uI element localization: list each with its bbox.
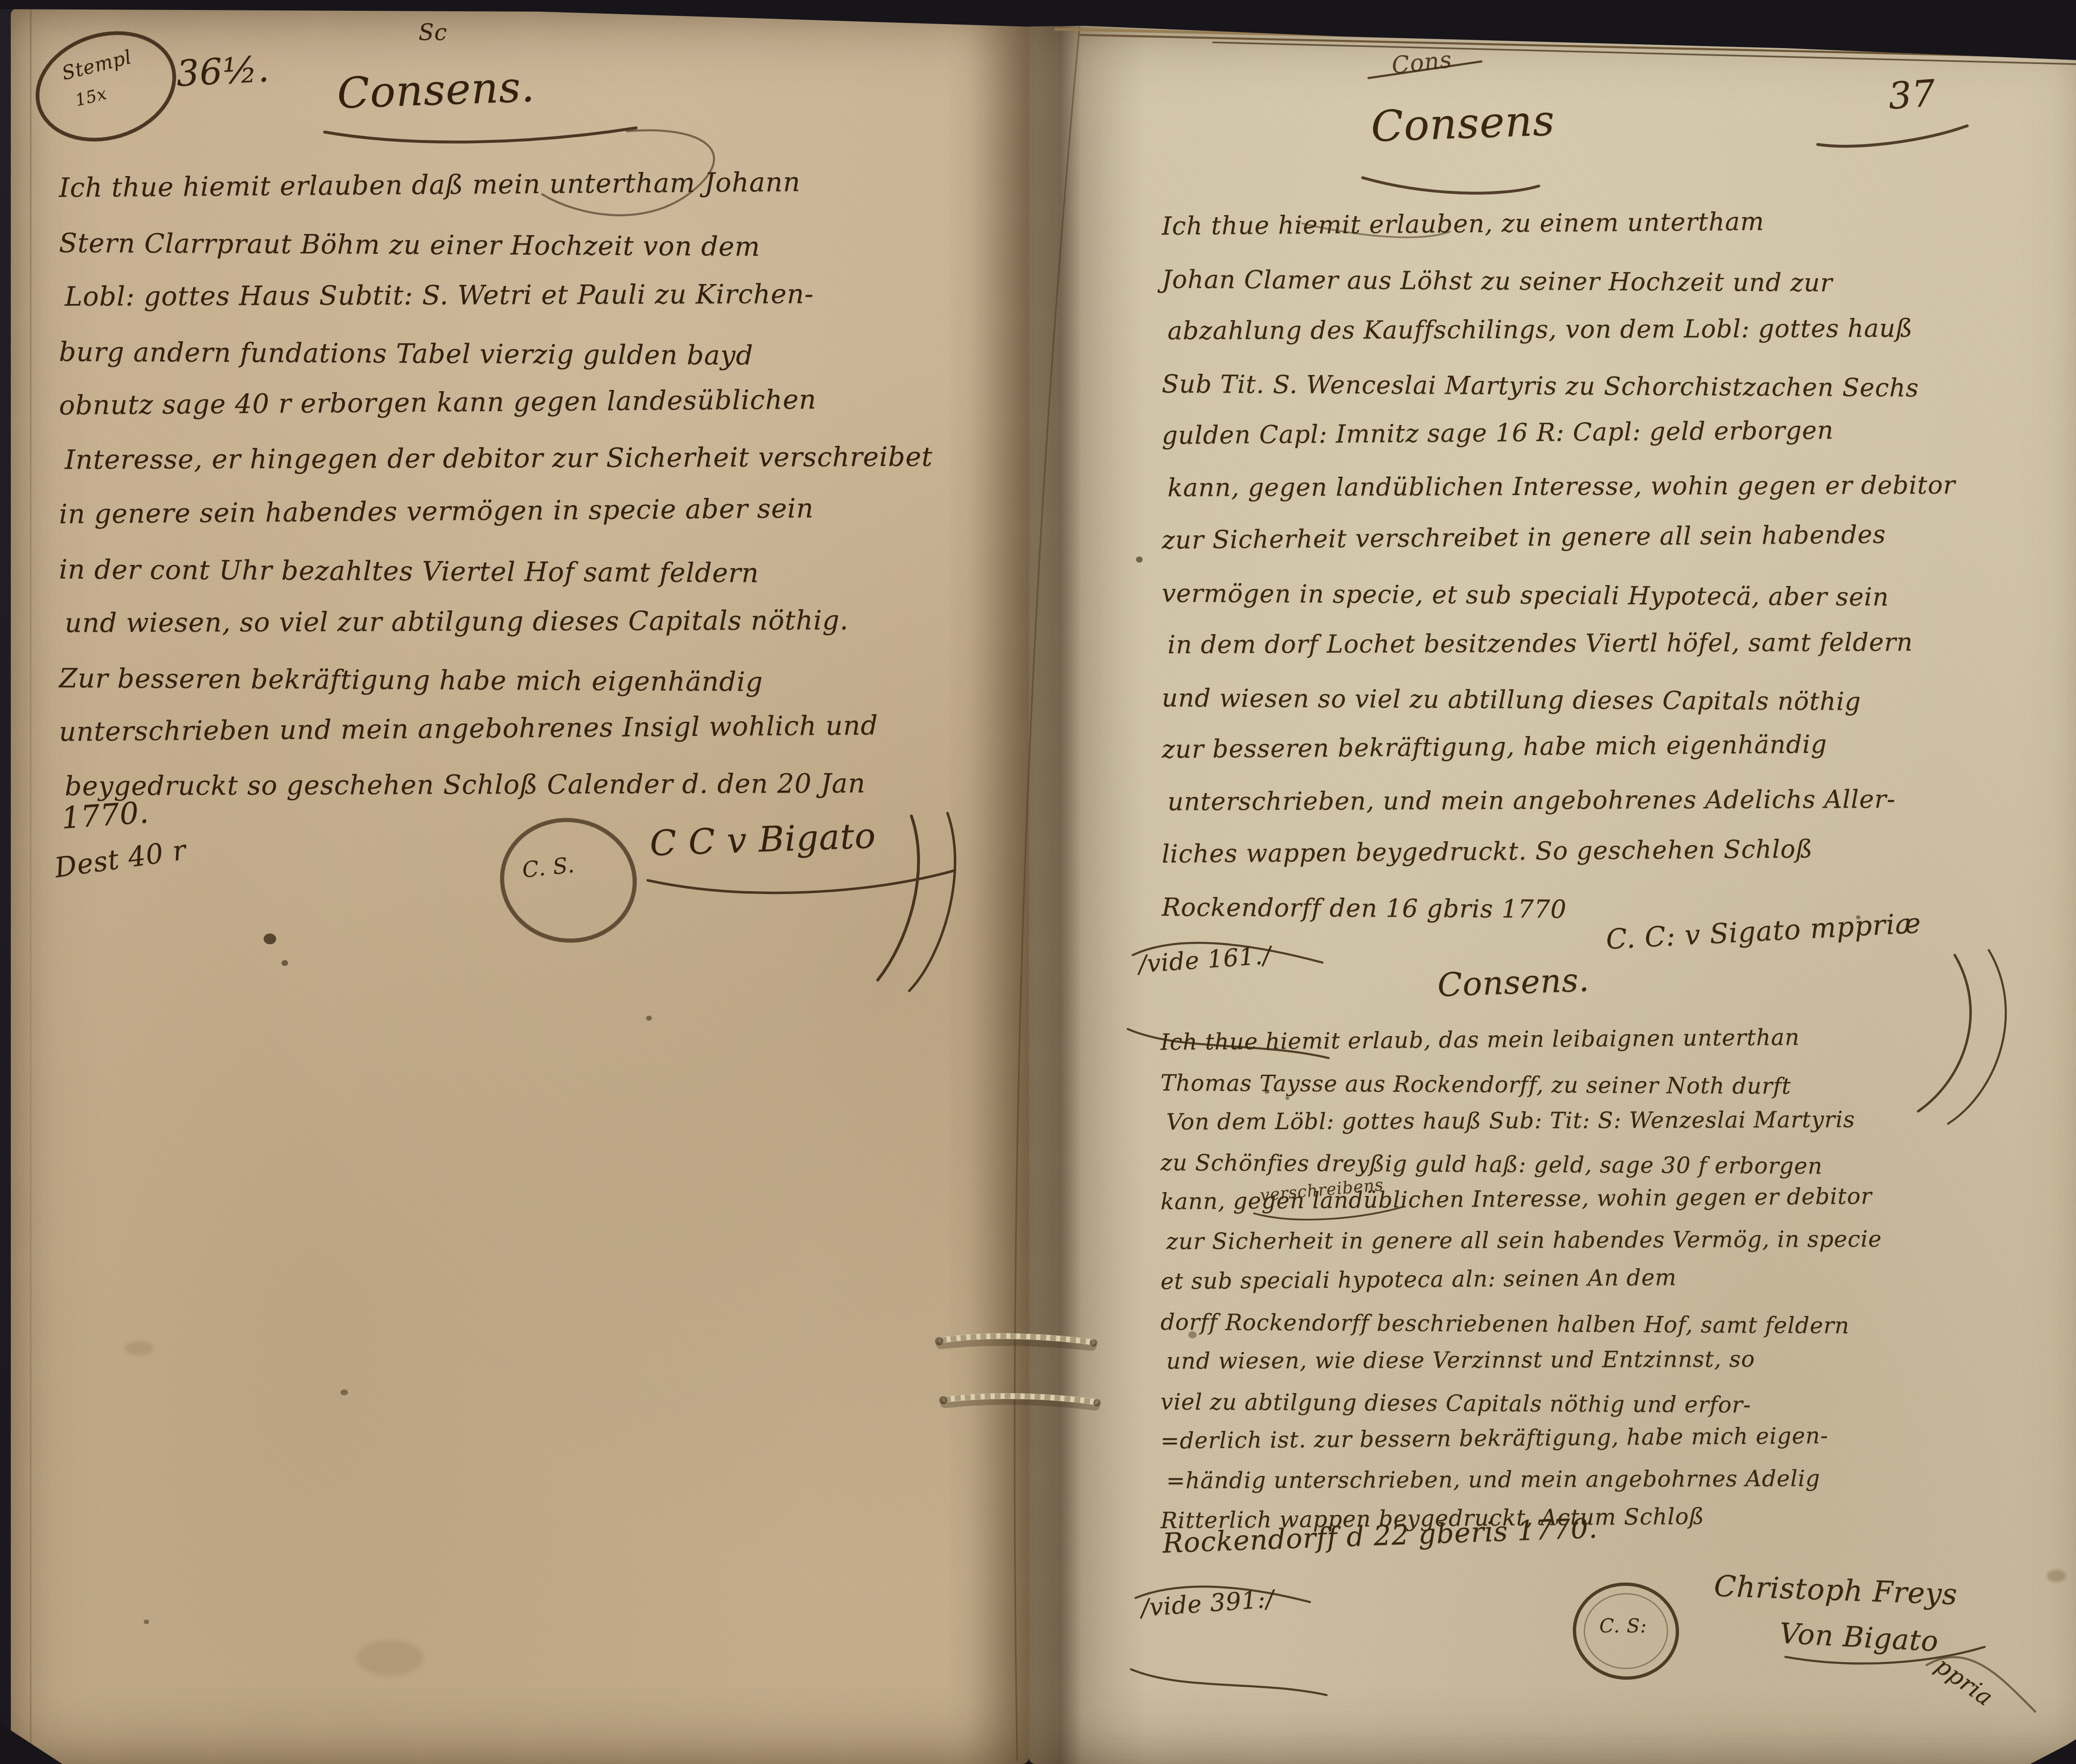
folio-number-right: 37 xyxy=(1887,71,1937,118)
manuscript-line: =händig unterschrieben, und mein angeboh… xyxy=(1166,1458,1882,1501)
manuscript-line: et sub speciali hypoteca aln: seinen An … xyxy=(1160,1256,1876,1301)
left-page-crease xyxy=(30,8,32,1764)
manuscript-line: unterschrieben und mein angebohrenes Ins… xyxy=(59,698,927,759)
manuscript-line: liches wappen beygedruckt. So geschehen … xyxy=(1162,822,1950,880)
stain xyxy=(282,960,288,966)
manuscript-line: in genere sein habendes vermögen in spec… xyxy=(59,481,927,542)
manuscript-line: Von dem Löbl: gottes hauß Sub: Tit: S: W… xyxy=(1166,1100,1882,1142)
manuscript-line: Stern Clarrpraut Böhm zu einer Hochzeit … xyxy=(59,216,927,275)
manuscript-line: Ich thue hiemit erlauben daß mein untert… xyxy=(59,154,927,216)
manuscript-line: vermögen in specie, et sub speciali Hypo… xyxy=(1162,567,1950,624)
right-heading-entry1: Consens xyxy=(1370,96,1556,152)
stain xyxy=(2047,1570,2066,1582)
stain xyxy=(357,1640,424,1676)
manuscript-line: in dem dorf Lochet besitzendes Viertl hö… xyxy=(1168,616,1956,671)
manuscript-line: beygedruckt so geschehen Schloß Calender… xyxy=(65,757,933,814)
stain xyxy=(264,933,276,944)
manuscript-line: Johan Clamer aus Löhst zu seiner Hochzei… xyxy=(1162,253,1950,310)
left-signature: C C v Bigato xyxy=(649,815,876,864)
year-line: 1770. xyxy=(60,794,150,835)
manuscript-scan: Stempl 15x 36½. Sc Consens. Ich thue hie… xyxy=(0,0,2076,1764)
manuscript-line: und wiesen, so viel zur abtilgung dieses… xyxy=(65,593,933,651)
left-heading: Consens. xyxy=(336,62,536,118)
manuscript-line: zur besseren bekräftigung, habe mich eig… xyxy=(1162,717,1950,776)
manuscript-line: in der cont Uhr bezahltes Viertel Hof sa… xyxy=(59,543,927,602)
manuscript-line: kann, gegen landüblichen Interesse, wohi… xyxy=(1168,459,1956,514)
stain xyxy=(340,1389,348,1395)
right-heading-entry2: Consens. xyxy=(1437,961,1590,1004)
stain xyxy=(125,1341,154,1355)
manuscript-line: unterschrieben, und mein angebohrenes Ad… xyxy=(1168,773,1956,828)
left-body-paragraph: Ich thue hiemit erlauben daß mein untert… xyxy=(59,161,927,814)
right-seal-initials: C. S: xyxy=(1599,1615,1647,1637)
manuscript-line: und wiesen, wie diese Verzinnst und Entz… xyxy=(1166,1339,1882,1381)
manuscript-line: Lobl: gottes Haus Subtit: S. Wetri et Pa… xyxy=(65,267,933,324)
entry1-paragraph: Ich thue hiemit erlauben, zu einem unter… xyxy=(1162,200,1950,933)
manuscript-line: Ich thue hiemit erlauben, zu einem unter… xyxy=(1162,194,1950,252)
heading-superscript: Sc xyxy=(419,19,447,45)
manuscript-line: =derlich ist. zur bessern bekräftigung, … xyxy=(1160,1415,1876,1461)
stain xyxy=(1136,556,1143,563)
manuscript-line: obnutz sage 40 r erborgen kann gegen lan… xyxy=(59,372,927,433)
folio-label-left: 36½. xyxy=(175,48,270,95)
stain xyxy=(144,1619,149,1624)
manuscript-line: gulden Capl: Imnitz sage 16 R: Capl: gel… xyxy=(1162,403,1950,462)
manuscript-line: abzahlung des Kauffschilings, von dem Lo… xyxy=(1168,302,1956,357)
entry2-paragraph: Ich thue hiemit erlaub, das mein leibaig… xyxy=(1160,1022,1876,1541)
book-gutter xyxy=(967,8,1146,1764)
manuscript-line: zur Sicherheit verschreibet in genere al… xyxy=(1162,508,1950,566)
manuscript-line: Ich thue hiemit erlaub, das mein leibaig… xyxy=(1160,1017,1876,1062)
manuscript-line: Interesse, er hingegen der debitor zur S… xyxy=(65,430,933,488)
stain xyxy=(646,1016,652,1021)
manuscript-line: zur Sicherheit in genere all sein habend… xyxy=(1166,1219,1882,1262)
